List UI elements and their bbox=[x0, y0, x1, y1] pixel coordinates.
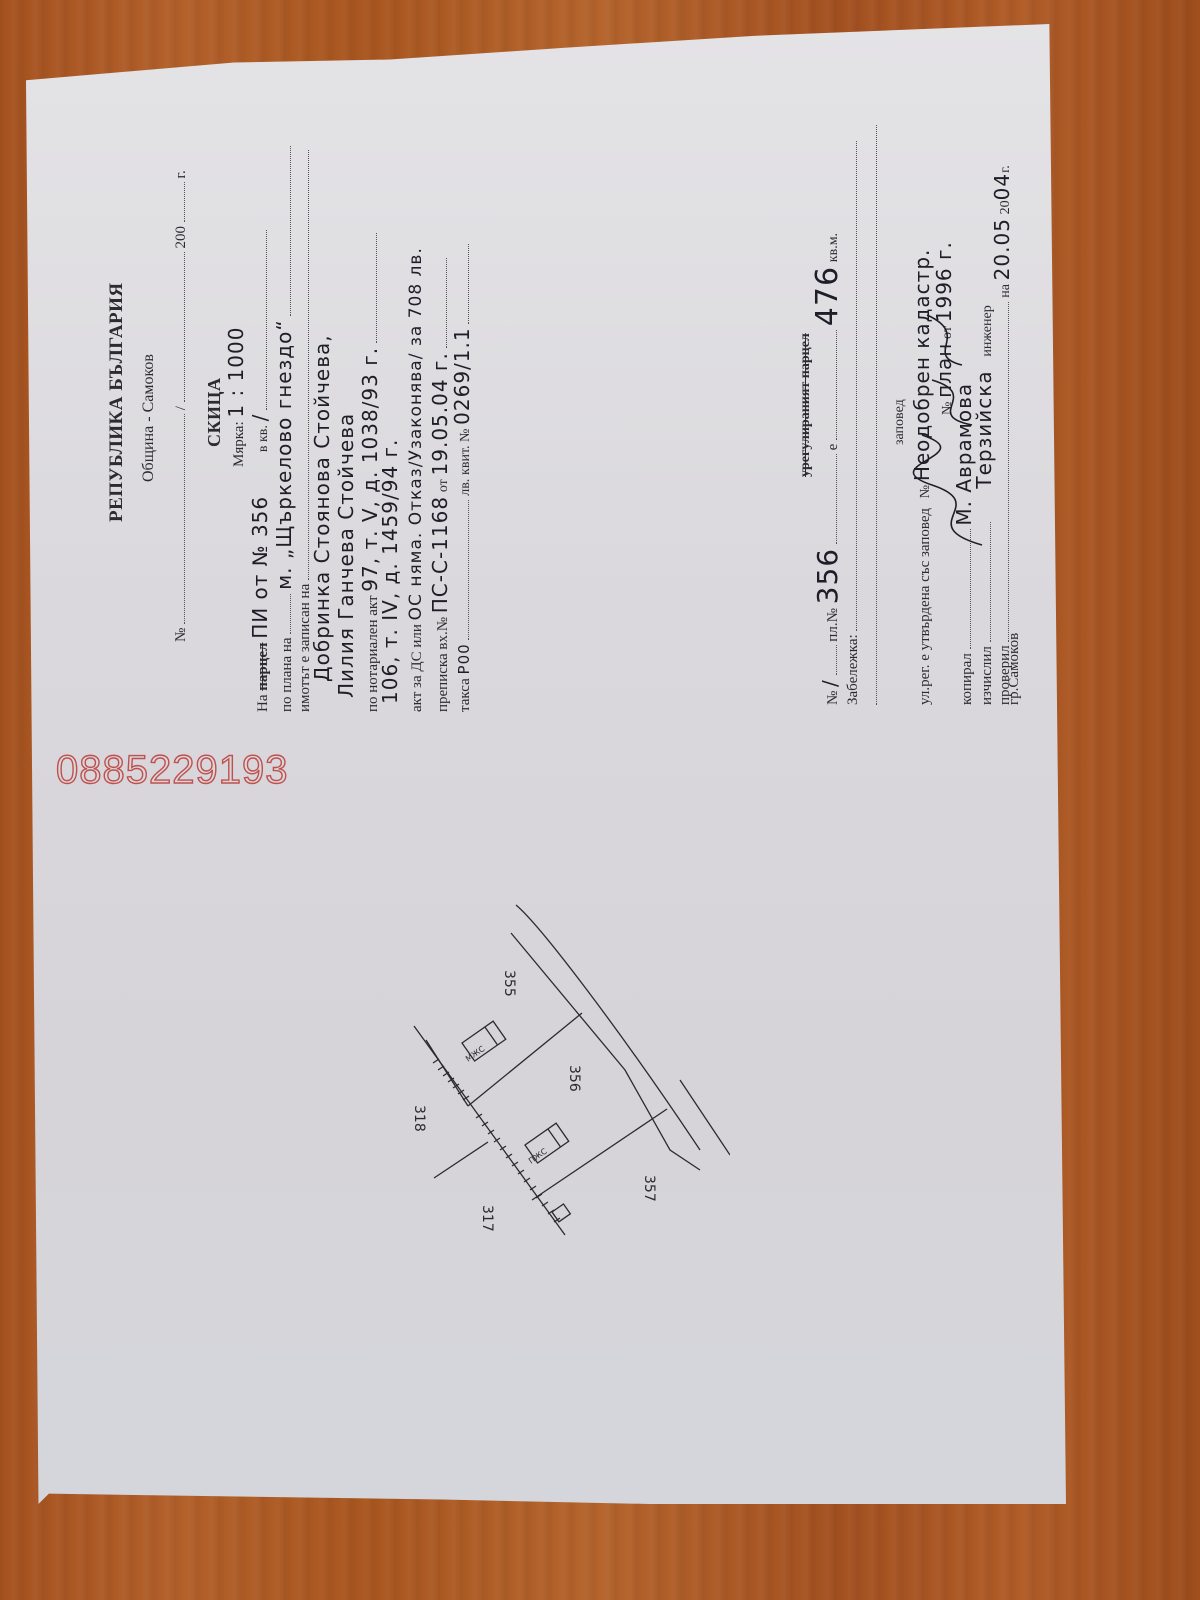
plot-number-value: 356 bbox=[811, 548, 844, 604]
note-row: Забележка: bbox=[844, 141, 862, 705]
plan-value: м. „Щъркелово гнездо“ bbox=[272, 319, 296, 590]
fee-label: такса bbox=[457, 678, 473, 712]
lot-label-355: 355 bbox=[501, 970, 517, 997]
plan-dotted-field-2 bbox=[278, 146, 291, 316]
plot-area-row: № / пл.№ 356 е 476 кв.м. bbox=[810, 233, 845, 705]
dossier-row: преписка вх.№ ПС-С-1168 от 19.05.04 г. bbox=[428, 258, 452, 712]
parcel-row: На парцел ПИ от № 356 в кв. / bbox=[248, 230, 272, 712]
number-value: / bbox=[818, 679, 842, 687]
signature-scribbles-icon bbox=[892, 295, 1002, 555]
parcel-info-form: урегулираният парцел № / пл.№ 356 е 476 … bbox=[792, 90, 1017, 705]
area-value: 476 bbox=[810, 266, 845, 326]
block-value: / bbox=[248, 414, 272, 422]
parcel-sketch-drawing: 355 356 357 318 317 МЖС ПЖС bbox=[400, 880, 730, 1260]
year-suffix: г. bbox=[998, 165, 1013, 173]
country-heading: РЕПУБЛИКА БЪЛГАРИЯ bbox=[106, 282, 128, 522]
deed-dotted-field bbox=[364, 233, 377, 343]
owner-line-2: Лилия Ганчева Стойчева bbox=[334, 413, 358, 698]
receipt-label: квит. № bbox=[458, 429, 473, 475]
dossier-value: ПС-С-1168 bbox=[428, 496, 452, 613]
municipality-label: Община - Самоков bbox=[140, 354, 158, 482]
scale-value: 1 : 1000 bbox=[224, 327, 248, 418]
date-value: 20.05 bbox=[990, 218, 1014, 280]
number-label: № bbox=[825, 691, 841, 705]
ds-value: ОС няма. Отказ/Узаконява/ за 708 лв. bbox=[406, 247, 426, 620]
lot-label-317: 317 bbox=[479, 1205, 495, 1232]
lot-label-318: 318 bbox=[411, 1105, 427, 1132]
lot-label-357: 357 bbox=[641, 1175, 657, 1202]
receipt-dotted-field bbox=[456, 244, 469, 324]
fee-unit: лв. bbox=[458, 479, 473, 496]
city-row: гр.Самоков bbox=[1006, 633, 1023, 705]
plot-dotted-field bbox=[824, 454, 837, 544]
sketch-header-form: РЕПУБЛИКА БЪЛГАРИЯ Община - Самоков № / … bbox=[100, 100, 470, 712]
note-dotted-field bbox=[844, 141, 857, 631]
year-dotted-field bbox=[172, 182, 185, 222]
block-label: в кв. bbox=[256, 425, 271, 452]
area-prefix: е bbox=[825, 444, 841, 451]
parcel-label-struck: парцел bbox=[255, 643, 271, 691]
area-unit: кв.м. bbox=[826, 233, 841, 262]
number-dotted-field-2 bbox=[172, 252, 185, 402]
dossier-dotted-field bbox=[434, 258, 447, 348]
lot-label-356: 356 bbox=[566, 1065, 582, 1092]
road-edge-outer bbox=[516, 905, 700, 1150]
building-3-icon bbox=[552, 1204, 570, 1222]
number-label: № bbox=[173, 628, 189, 642]
deed-line-2: 106, т. IV, д. 1459/94 г. bbox=[378, 439, 402, 704]
fee-dotted-field bbox=[456, 500, 469, 640]
area-dotted-field bbox=[824, 330, 837, 440]
scale-label: Мярка: bbox=[231, 421, 247, 467]
ds-label: акт за ДС или bbox=[409, 624, 425, 712]
dossier-label: преписка вх.№ bbox=[435, 617, 451, 712]
document-title: СКИЦА bbox=[204, 377, 225, 447]
year-prefix: 20 bbox=[998, 200, 1013, 214]
note-label: Забележка: bbox=[845, 634, 861, 705]
on-label: На bbox=[255, 695, 271, 713]
number-value: / bbox=[173, 406, 189, 410]
year-value: 04 bbox=[990, 173, 1014, 200]
number-dotted-field bbox=[172, 414, 185, 624]
ds-row: акт за ДС или ОС няма. Отказ/Узаконява/ … bbox=[406, 247, 426, 712]
fee-row: такса Р00 лв. квит. № 0269/1.1 bbox=[450, 244, 474, 712]
number-date-row: № / 200 г. bbox=[172, 170, 190, 642]
plot-number-label: пл.№ bbox=[825, 608, 841, 642]
plan-label: по плана на bbox=[279, 637, 295, 712]
scale-row: Мярка: 1 : 1000 bbox=[224, 327, 248, 467]
number-dotted-field bbox=[824, 645, 837, 675]
phone-watermark: 0885229193 bbox=[56, 748, 288, 793]
plan-dotted-field bbox=[278, 594, 291, 634]
plan-row: по плана на м. „Щъркелово гнездо“ bbox=[272, 146, 296, 712]
owner-dotted-field bbox=[296, 150, 309, 580]
note-line-2 bbox=[864, 125, 882, 705]
year-prefix: 200 bbox=[173, 226, 189, 249]
block-dotted-field bbox=[254, 230, 267, 410]
owner-line-1: Добринка Стоянова Стойчева, bbox=[310, 334, 334, 682]
dossier-from-value: 19.05.04 г. bbox=[428, 352, 452, 475]
note-dotted-field-2 bbox=[864, 125, 877, 705]
receipt-value: 0269/1.1 bbox=[450, 327, 474, 424]
dossier-from-label: от bbox=[436, 479, 451, 492]
fee-value: Р00 bbox=[455, 643, 473, 674]
city-label: гр.Самоков bbox=[1006, 633, 1022, 705]
year-suffix: г. bbox=[173, 170, 189, 178]
parcel-value: ПИ от № 356 bbox=[248, 496, 272, 639]
